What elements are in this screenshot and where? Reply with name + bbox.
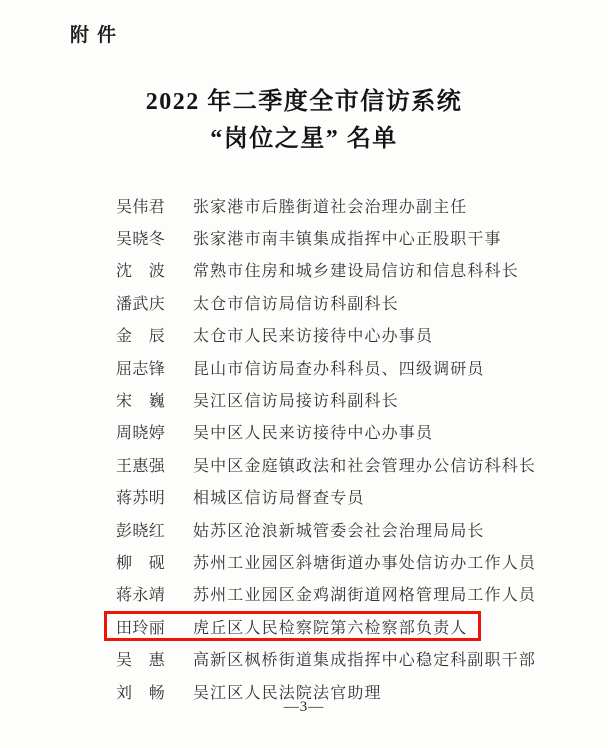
list-item: 柳 砚苏州工业园区斜塘街道办事处信访办工作人员 [116,545,536,577]
person-name: 金 辰 [116,323,166,346]
person-name: 吴伟君 [116,194,166,217]
person-title: 苏州工业园区斜塘街道办事处信访办工作人员 [193,550,536,573]
list-item: 屈志锋昆山市信访局查办科科员、四级调研员 [116,351,536,383]
person-title: 昆山市信访局查办科科员、四级调研员 [193,356,485,379]
person-name: 潘武庆 [116,291,166,314]
document-title: 2022 年二季度全市信访系统 “岗位之星” 名单 [0,84,608,158]
list-item: 吴伟君张家港市后塍街道社会治理办副主任 [116,189,536,221]
attachment-label: 附件 [70,20,124,47]
person-title: 太仓市人民来访接待中心办事员 [193,323,433,346]
list-item: 王惠强吴中区金庭镇政法和社会管理办公信访科科长 [116,448,536,480]
list-item: 蒋永靖苏州工业园区金鸡湖街道网格管理局工作人员 [116,578,536,610]
award-list: 吴伟君张家港市后塍街道社会治理办副主任吴晓冬张家港市南丰镇集成指挥中心正股职干事… [116,189,536,707]
person-title: 太仓市信访局信访科副科长 [193,291,399,314]
person-title: 吴中区金庭镇政法和社会管理办公信访科科长 [193,453,536,476]
person-title: 相城区信访局督查专员 [193,485,365,508]
person-name: 王惠强 [116,453,166,476]
list-item: 彭晓红姑苏区沧浪新城管委会社会治理局局长 [116,513,536,545]
list-item: 吴 惠高新区枫桥街道集成指挥中心稳定科副职干部 [116,642,536,674]
list-item: 蒋苏明相城区信访局督查专员 [116,481,536,513]
person-title: 吴中区人民来访接待中心办事员 [193,420,433,443]
person-name: 柳 砚 [116,550,166,573]
person-name: 蒋苏明 [116,485,166,508]
list-item: 周晓婷吴中区人民来访接待中心办事员 [116,416,536,448]
person-title: 苏州工业园区金鸡湖街道网格管理局工作人员 [193,582,536,605]
document-title-line2: “岗位之星” 名单 [0,121,608,158]
document-page: 附件 2022 年二季度全市信访系统 “岗位之星” 名单 吴伟君张家港市后塍街道… [0,0,608,748]
person-name: 吴晓冬 [116,226,166,249]
list-item: 沈 波常熟市住房和城乡建设局信访和信息科科长 [116,254,536,286]
person-title: 常熟市住房和城乡建设局信访和信息科科长 [193,258,519,281]
person-name: 沈 波 [116,258,166,281]
person-title: 虎丘区人民检察院第六检察部负责人 [193,615,467,638]
page-number: —3— [0,699,608,716]
person-name: 吴 惠 [116,647,166,670]
person-title: 高新区枫桥街道集成指挥中心稳定科副职干部 [193,647,536,670]
document-title-line1: 2022 年二季度全市信访系统 [0,84,608,121]
list-item: 金 辰太仓市人民来访接待中心办事员 [116,319,536,351]
list-item: 田玲丽虎丘区人民检察院第六检察部负责人 [116,610,536,642]
person-title: 吴江区信访局接访科副科长 [193,388,399,411]
person-name: 彭晓红 [116,518,166,541]
person-name: 周晓婷 [116,420,166,443]
list-item: 吴晓冬张家港市南丰镇集成指挥中心正股职干事 [116,221,536,253]
person-title: 张家港市南丰镇集成指挥中心正股职干事 [193,226,502,249]
person-name: 蒋永靖 [116,582,166,605]
person-title: 姑苏区沧浪新城管委会社会治理局局长 [193,518,485,541]
person-name: 田玲丽 [116,615,166,638]
person-name: 宋 巍 [116,388,166,411]
list-item: 宋 巍吴江区信访局接访科副科长 [116,383,536,415]
person-title: 张家港市后塍街道社会治理办副主任 [193,194,467,217]
person-name: 屈志锋 [116,356,166,379]
list-item: 潘武庆太仓市信访局信访科副科长 [116,286,536,318]
